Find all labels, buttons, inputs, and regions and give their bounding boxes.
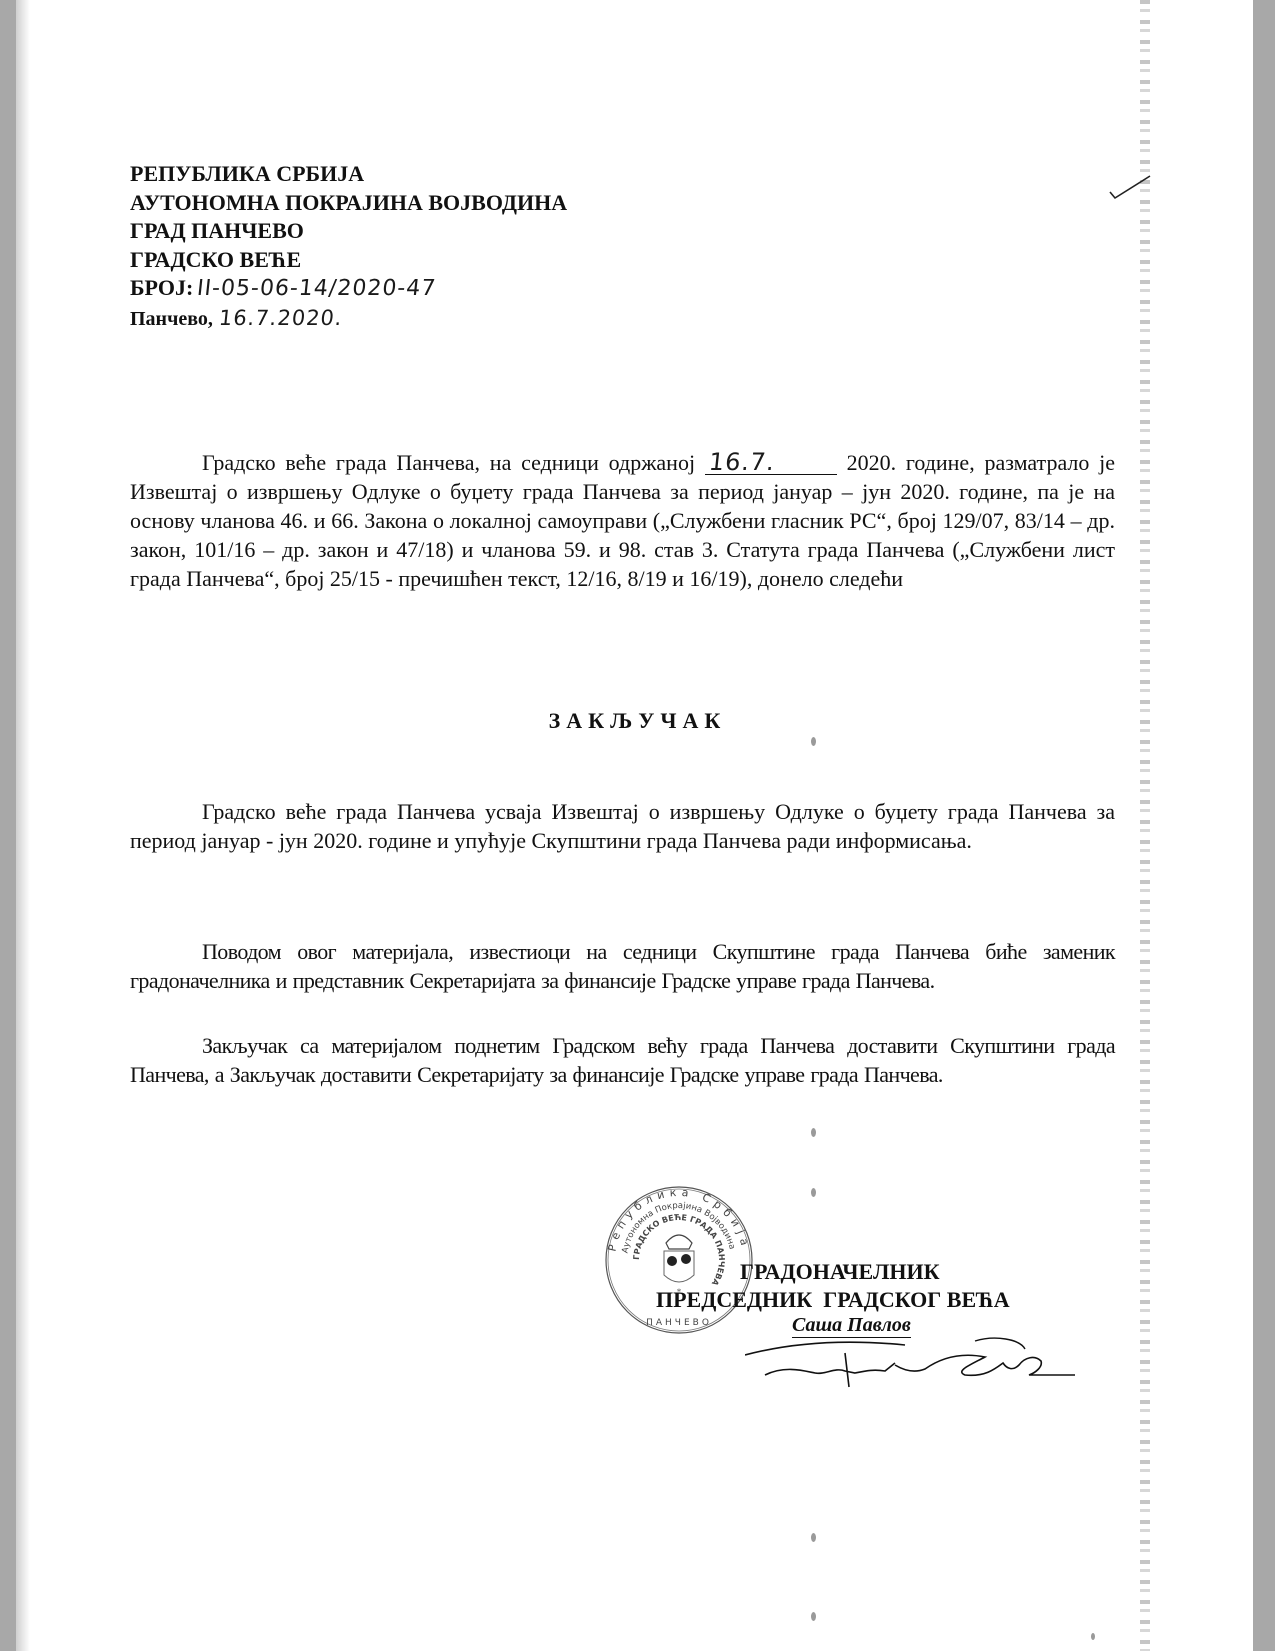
- header-country: РЕПУБЛИКА СРБИЈА: [130, 160, 567, 189]
- signature-block: ГРАДОНАЧЕЛНИК ПРЕДСЕДНИК ГРАДСКОГ ВЕЋА: [656, 1258, 1010, 1314]
- conclusion-paragraph-2: Поводом овог материјала, известиоци на с…: [130, 937, 1115, 995]
- header-council: ГРАДСКО ВЕЋЕ: [130, 246, 567, 275]
- conclusion-paragraph-1: Градско веће града Панчева усваја Извешт…: [130, 797, 1115, 855]
- handwritten-session-date: 16.7.: [708, 451, 776, 473]
- svg-text:ПАНЧЕВО: ПАНЧЕВО: [646, 1318, 712, 1328]
- intro-paragraph: Градско веће града Панчева, на седници о…: [130, 448, 1115, 593]
- signatory-role-president: ПРЕДСЕДНИК ГРАДСКОГ ВЕЋА: [656, 1286, 1010, 1314]
- header-city: ГРАД ПАНЧЕВО: [130, 217, 567, 246]
- signatory-role-mayor: ГРАДОНАЧЕЛНИК: [656, 1258, 1010, 1286]
- paragraph-text: Градско веће града Панчева усваја Извешт…: [130, 799, 1115, 853]
- conclusion-title: ЗАКЉУЧАК: [0, 708, 1275, 734]
- header-number: БРОЈ:II-05-06-14/2020-47: [130, 274, 567, 304]
- conclusion-paragraph-3: Закључак са материјалом поднетим Градско…: [130, 1031, 1115, 1089]
- session-date-field: 16.7.: [705, 451, 837, 475]
- paragraph-text: Поводом овог материјала, известиоци на с…: [130, 939, 1115, 993]
- header-province: АУТОНОМНА ПОКРАЈИНА ВОЈВОДИНА: [130, 189, 567, 218]
- document-header: РЕПУБЛИКА СРБИЈА АУТОНОМНА ПОКРАЈИНА ВОЈ…: [130, 160, 567, 333]
- header-place-date: Панчево,16.7.2020.: [130, 304, 567, 334]
- place-label: Панчево,: [130, 308, 213, 330]
- number-label: БРОЈ:: [130, 275, 193, 300]
- intro-text-before: Градско веће града Панчева, на седници о…: [202, 450, 695, 475]
- handwritten-signature: [745, 1335, 1075, 1395]
- handwritten-number: II-05-06-14/2020-47: [196, 275, 438, 304]
- crown-icon: [666, 1235, 692, 1249]
- paragraph-text: Закључак са материјалом поднетим Градско…: [130, 1033, 1115, 1087]
- document-page: РЕПУБЛИКА СРБИЈА АУТОНОМНА ПОКРАЈИНА ВОЈ…: [0, 0, 1275, 1651]
- handwritten-date: 16.7.2020.: [217, 304, 344, 333]
